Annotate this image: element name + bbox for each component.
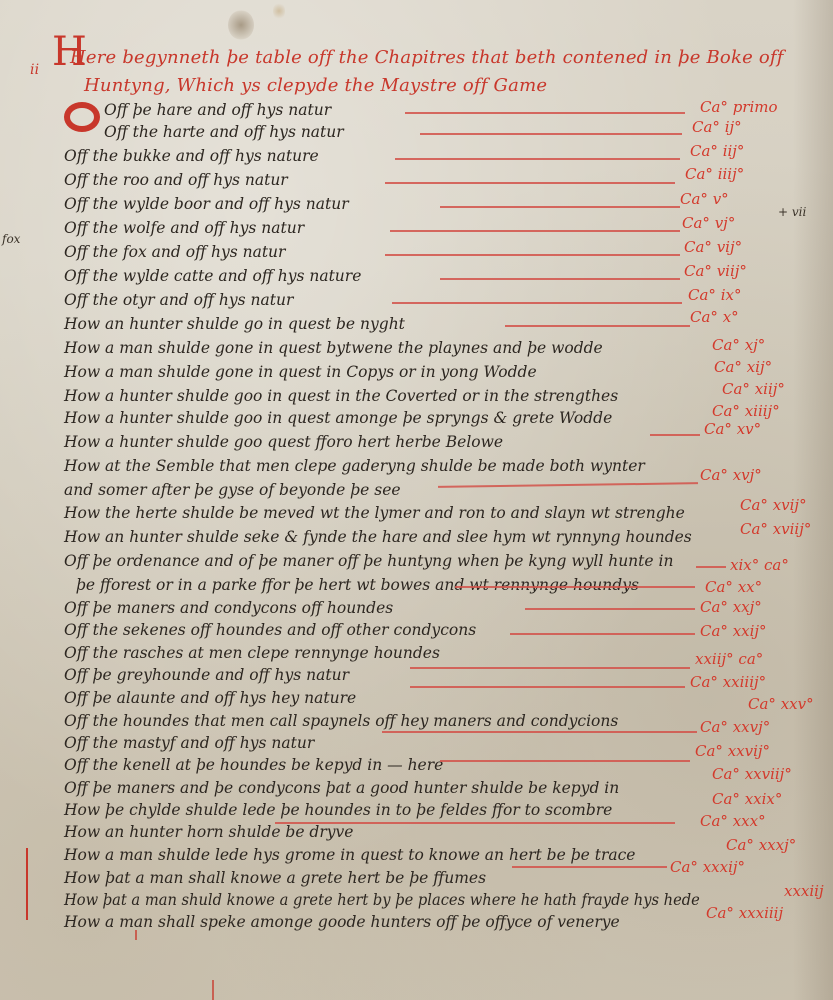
- chapter-number: Ca° xviij°: [740, 520, 811, 538]
- red-rule: [420, 133, 682, 135]
- toc-entry: How a man shulde gone in quest bytwene t…: [64, 338, 603, 358]
- faint-red-mark: [212, 980, 214, 1000]
- chapter-number: xix° ca°: [730, 556, 789, 574]
- chapter-number: Ca° xxxj°: [726, 836, 796, 854]
- toc-entry: Off the houndes that men call spaynels o…: [64, 711, 618, 731]
- toc-entry: How an hunter shulde seke & fynde the ha…: [64, 527, 692, 547]
- chapter-number: Ca° xiij°: [722, 380, 785, 398]
- heading-line-2: Huntyng, Which ys clepyde the Maystre of…: [84, 72, 547, 100]
- left-margin-bracket: [26, 848, 36, 920]
- toc-entry: Off þe greyhounde and off hys natur: [64, 665, 349, 685]
- chapter-number: xxxiij: [784, 882, 824, 900]
- chapter-number: Ca° vij°: [684, 238, 742, 256]
- chapter-number: Ca° xxix°: [712, 790, 782, 808]
- red-rule: [440, 206, 680, 208]
- toc-entry: How a man shulde gone in quest in Copys …: [64, 362, 537, 382]
- toc-entry: Off the bukke and off hys nature: [64, 146, 319, 166]
- toc-entry: How an hunter shulde go in quest be nygh…: [64, 314, 405, 334]
- toc-entry: Off the sekenes off houndes and off othe…: [64, 620, 476, 640]
- chapter-number: Ca° xj°: [712, 336, 765, 354]
- toc-entry: Off the rasches at men clepe rennynge ho…: [64, 643, 440, 663]
- chapter-number: Ca° x°: [690, 308, 739, 326]
- chapter-number: Ca° xij°: [714, 358, 772, 376]
- red-rule: [275, 822, 675, 824]
- toc-entry: How a man shulde lede hys grome in quest…: [64, 845, 635, 865]
- parchment-stain: [228, 10, 254, 40]
- red-rule: [390, 230, 680, 232]
- chapter-number: Ca° xxx°: [700, 812, 766, 830]
- chapter-number: Ca° iiij°: [685, 165, 744, 183]
- toc-entry: How þat a man shuld knowe a grete hert b…: [64, 890, 700, 910]
- red-rule: [382, 731, 697, 733]
- chapter-number: Ca° xxxiiij: [706, 904, 783, 922]
- toc-entry: Off the fox and off hys natur: [64, 242, 285, 262]
- chapter-number: Ca° primo: [700, 98, 778, 116]
- toc-entry: How a hunter shulde goo in quest amonge …: [64, 408, 612, 428]
- red-rule: [410, 686, 685, 688]
- chapter-number: Ca° xxiiij°: [690, 673, 766, 691]
- heading-line-1: Here begynneth þe table off the Chapitre…: [70, 44, 784, 72]
- red-rule: [505, 325, 690, 327]
- red-rule: [410, 667, 690, 669]
- toc-entry: Off þe hare and off hys natur: [104, 100, 331, 120]
- chapter-number: Ca° ij°: [692, 118, 742, 136]
- toc-entry: Off the wolfe and off hys natur: [64, 218, 304, 238]
- red-rule: [385, 254, 680, 256]
- red-rule: [440, 760, 690, 762]
- red-rule: [696, 566, 726, 568]
- chapter-number: Ca° ix°: [688, 286, 741, 304]
- toc-entry: How a hunter shulde goo in quest in the …: [64, 386, 618, 406]
- toc-entry: Off the otyr and off hys natur: [64, 290, 293, 310]
- chapter-number: Ca° xvij°: [740, 496, 807, 514]
- red-rule: [440, 278, 680, 280]
- toc-entry: Off þe maners and þe condycons þat a goo…: [64, 778, 619, 798]
- red-initial-o: [64, 102, 100, 132]
- red-rule: [438, 482, 698, 487]
- red-rule: [510, 633, 695, 635]
- chapter-number: Ca° xxvij°: [695, 742, 770, 760]
- toc-entry: How at the Semble that men clepe gaderyn…: [64, 456, 645, 476]
- toc-entry: Off the roo and off hys natur: [64, 170, 288, 190]
- chapter-number: Ca° xx°: [705, 578, 762, 596]
- red-rule: [395, 158, 680, 160]
- chapter-number: Ca° viij°: [684, 262, 747, 280]
- toc-entry: þe fforest or in a parke ffor þe hert wt…: [76, 575, 639, 595]
- chapter-number: Ca° xxv°: [748, 695, 814, 713]
- red-rule: [392, 302, 682, 304]
- toc-entry: How a man shall speke amonge goode hunte…: [64, 912, 620, 932]
- red-rule: [525, 608, 695, 610]
- heading-marker: ii: [30, 56, 39, 84]
- toc-entry: and somer after þe gyse of beyonde þe se…: [64, 480, 401, 500]
- chapter-number: Ca° xxj°: [700, 598, 762, 616]
- toc-entry: Off the kenell at þe houndes be kepyd in…: [64, 755, 443, 775]
- toc-entry: Off þe alaunte and off hys hey nature: [64, 688, 356, 708]
- toc-entry: Off the mastyf and off hys natur: [64, 733, 314, 753]
- chapter-number: Ca° xxviij°: [712, 765, 792, 783]
- toc-entry: How a hunter shulde goo quest fforo hert…: [64, 432, 503, 452]
- red-rule: [650, 434, 700, 436]
- toc-entry: How þat a man shall knowe a grete hert b…: [64, 868, 486, 888]
- red-rule: [385, 182, 675, 184]
- right-margin-note: + vii: [778, 205, 806, 219]
- toc-entry: How þe chylde shulde lede þe houndes in …: [64, 800, 612, 820]
- red-rule: [405, 112, 685, 114]
- toc-entry: How an hunter horn shulde be dryve: [64, 822, 353, 842]
- red-rule: [512, 866, 667, 868]
- toc-entry: Off the wylde boor and off hys natur: [64, 194, 349, 214]
- chapter-number: Ca° iij°: [690, 142, 744, 160]
- chapter-number: Ca° xxxij°: [670, 858, 745, 876]
- red-rule: [455, 586, 695, 588]
- chapter-number: Ca° v°: [680, 190, 729, 208]
- toc-entry: Off þe maners and condycons off houndes: [64, 598, 393, 618]
- chapter-number: Ca° vj°: [682, 214, 735, 232]
- chapter-number: Ca° xxij°: [700, 622, 767, 640]
- toc-entry: Off þe ordenance and of þe maner off þe …: [64, 551, 673, 571]
- chapter-number: Ca° xvj°: [700, 466, 762, 484]
- chapter-number: xxiij° ca°: [695, 650, 763, 668]
- toc-entry: Off the wylde catte and off hys nature: [64, 266, 361, 286]
- toc-entry: Off the harte and off hys natur: [104, 122, 344, 142]
- chapter-number: Ca° xxvj°: [700, 718, 770, 736]
- chapter-number: Ca° xiiij°: [712, 402, 780, 420]
- left-margin-note: fox: [2, 232, 20, 246]
- toc-entry: How the herte shulde be meved wt the lym…: [64, 503, 685, 523]
- parchment-stain: [273, 2, 285, 20]
- chapter-number: Ca° xv°: [704, 420, 761, 438]
